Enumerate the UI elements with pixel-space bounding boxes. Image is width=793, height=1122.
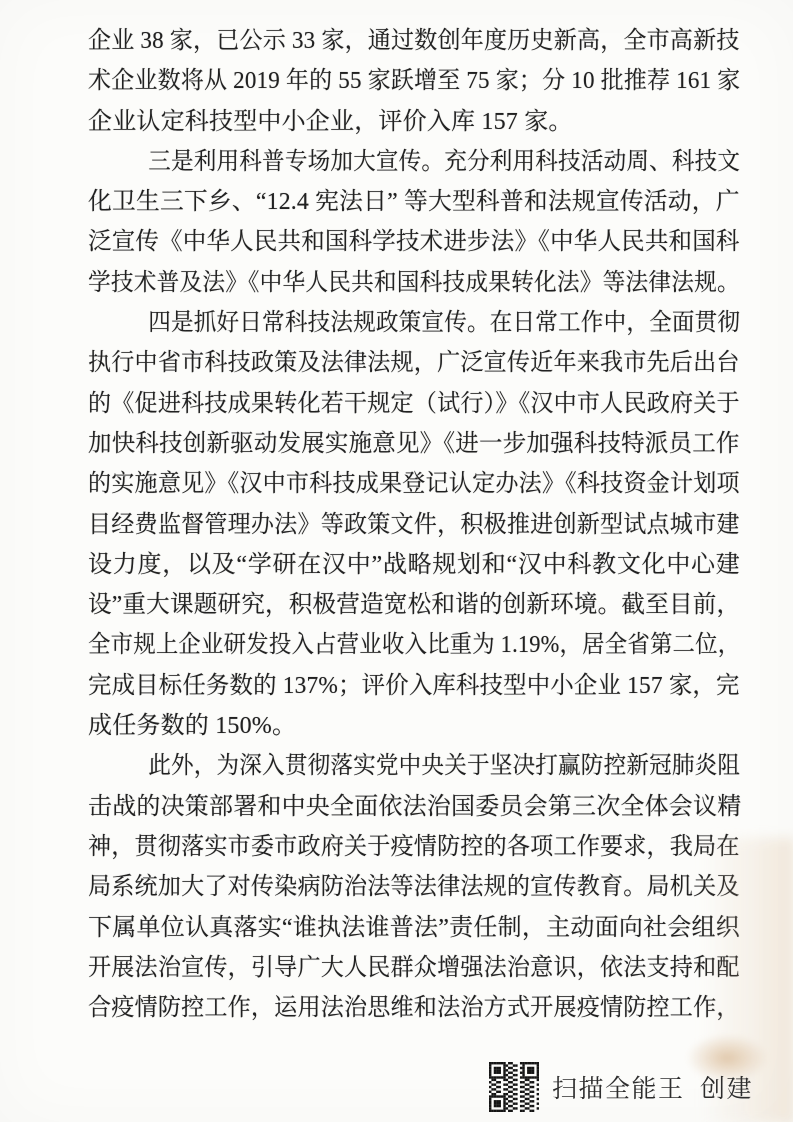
text-line: 目经费监督管理办法》等政策文件，积极推进创新型试点城市建 xyxy=(88,505,715,545)
text-line: 学技术普及法》《中华人民共和国科技成果转化法》等法律法规。 xyxy=(88,263,704,303)
text-line: 合疫情防控工作，运用法治思维和法治方式开展疫情防控工作， xyxy=(88,988,715,1028)
qr-code-icon xyxy=(489,1062,539,1112)
watermark-label: 扫描全能王 创建 xyxy=(552,1069,753,1105)
text-line: 全市规上企业研发投入占营业收入比重为 1.19%，居全省第二位， xyxy=(88,625,697,665)
text-line: 加快科技创新驱动发展实施意见》《进一步加强科技特派员工作 xyxy=(88,424,726,464)
text-line: 完成目标任务数的 137%；评价入库科技型中小企业 157 家，完 xyxy=(88,666,723,706)
text-line: 执行中省市科技政策及法律法规，广泛宣传近年来我市先后出台 xyxy=(88,343,715,383)
document-text: 企业 38 家，已公示 33 家，通过数创年度历史新高，全市高新技术企业数将从 … xyxy=(88,21,740,1028)
scanned-document-page: 企业 38 家，已公示 33 家，通过数创年度历史新高，全市高新技术企业数将从 … xyxy=(0,0,793,1122)
text-line: 下属单位认真落实“谁执法谁普法”责任制，主动面向社会组织 xyxy=(88,908,740,948)
text-line: 设”重大课题研究，积极营造宽松和谐的创新环境。截至目前， xyxy=(88,585,728,625)
text-line: 神，贯彻落实市委市政府关于疫情防控的各项工作要求，我局在 xyxy=(88,827,715,867)
text-line: 成任务数的 150%。 xyxy=(88,706,740,746)
text-line: 化卫生三下乡、“12.4 宪法日” 等大型科普和法规宣传活动，广 xyxy=(88,182,734,222)
camscanner-watermark: 扫描全能王 创建 xyxy=(489,1062,753,1112)
text-line: 四是抓好日常科技法规政策宣传。在日常工作中，全面贯彻 xyxy=(88,303,701,343)
text-line: 设力度，以及“学研在汉中”战略规划和“汉中科教文化中心建 xyxy=(88,545,740,585)
text-line: 开展法治宣传，引导广大人民群众增强法治意识，依法支持和配 xyxy=(88,948,715,988)
text-line: 三是利用科普专场加大宣传。充分利用科技活动周、科技文 xyxy=(88,142,701,182)
text-line: 的《促进科技成果转化若干规定（试行）》《汉中市人民政府关于 xyxy=(88,384,715,424)
text-line: 局系统加大了对传染病防治法等法律法规的宣传教育。局机关及 xyxy=(88,867,715,907)
text-line: 此外，为深入贯彻落实党中央关于坚决打赢防控新冠肺炎阻 xyxy=(88,746,701,786)
text-line: 击战的决策部署和中央全面依法治国委员会第三次全体会议精 xyxy=(88,787,740,827)
text-line: 泛宣传《中华人民共和国科学技术进步法》《中华人民共和国科 xyxy=(88,222,726,262)
text-line: 的实施意见》《汉中市科技成果登记认定办法》《科技资金计划项 xyxy=(88,464,715,504)
text-line: 企业 38 家，已公示 33 家，通过数创年度历史新高，全市高新技 xyxy=(88,21,714,61)
text-line: 企业认定科技型中小企业，评价入库 157 家。 xyxy=(88,102,740,142)
text-line: 术企业数将从 2019 年的 55 家跃增至 75 家；分 10 批推荐 161… xyxy=(88,61,713,101)
